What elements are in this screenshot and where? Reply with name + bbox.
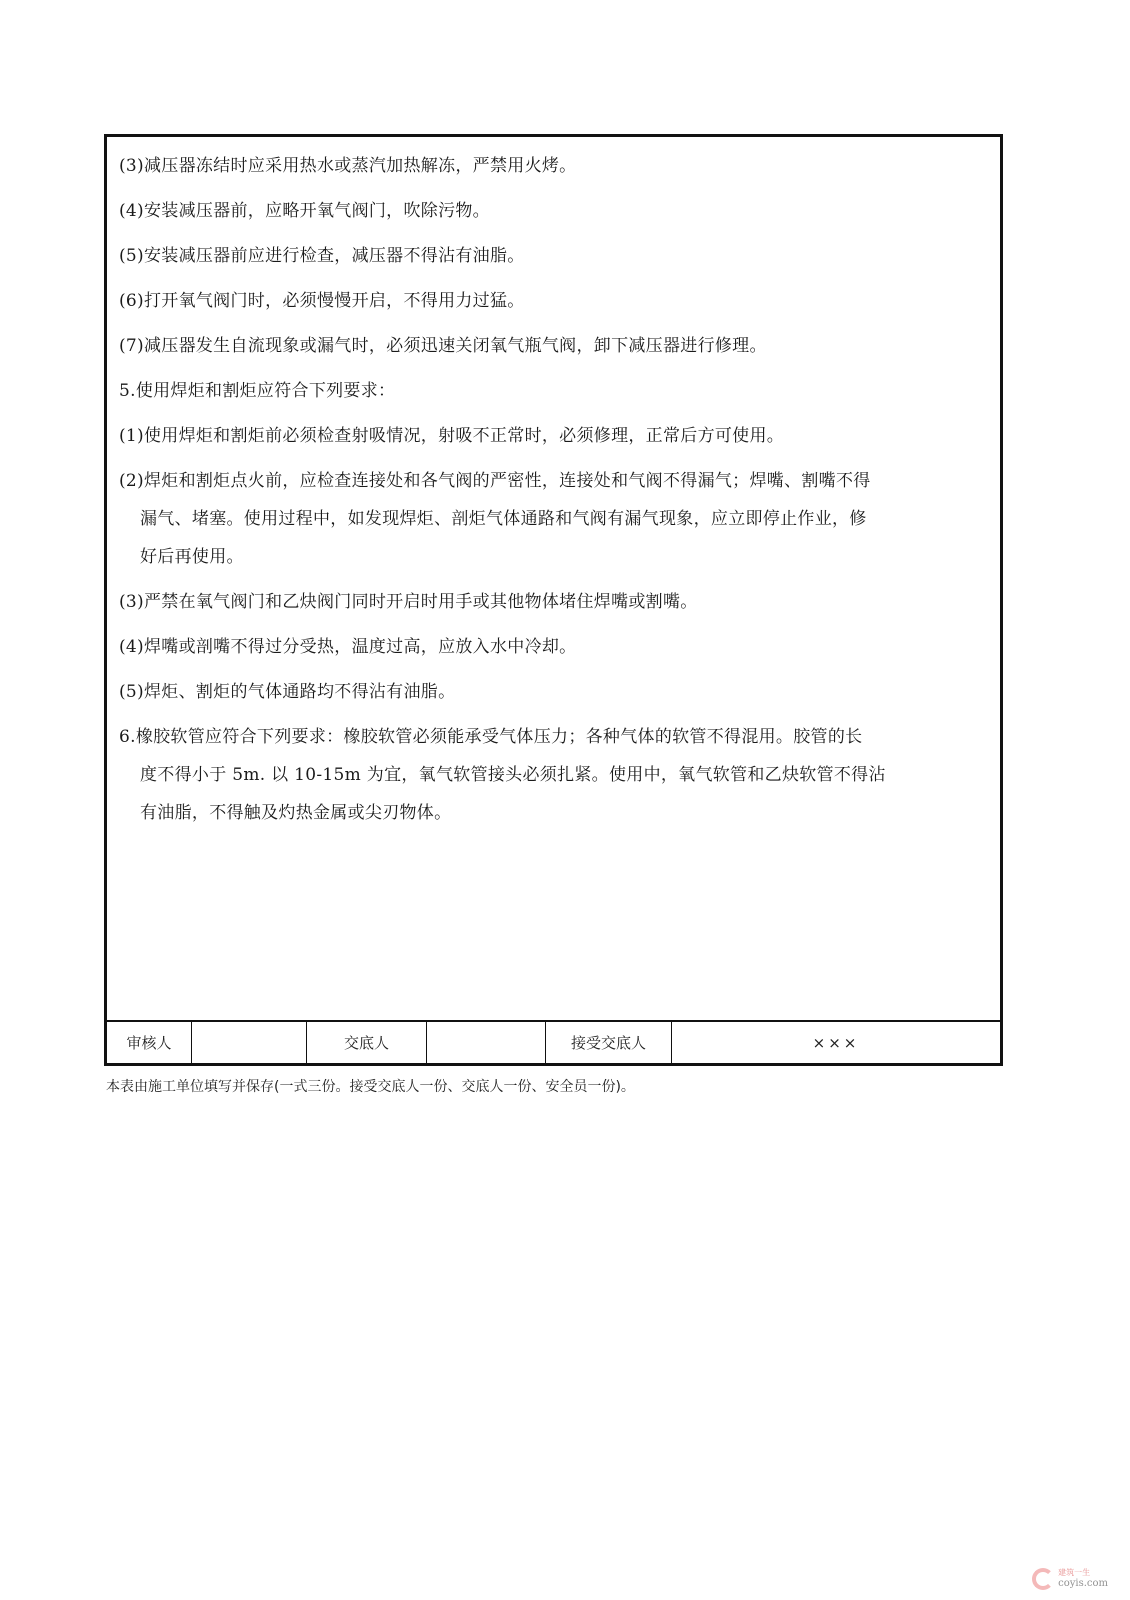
disclosure-form: (3)减压器冻结时应采用热水或蒸汽加热解冻，严禁用火烤。 (4)安装减压器前，应… <box>104 134 1003 1066</box>
item-3-thaw: (3)减压器冻结时应采用热水或蒸汽加热解冻，严禁用火烤。 <box>119 147 992 185</box>
watermark: 建筑一生 coyis.com <box>1032 1568 1108 1590</box>
section-6-line-1: 6.橡胶软管应符合下列要求：橡胶软管必须能承受气体压力；各种气体的软管不得混用。… <box>119 718 992 756</box>
section-5-item-3: (3)严禁在氧气阀门和乙炔阀门同时开启时用手或其他物体堵住焊嘴或割嘴。 <box>119 583 992 621</box>
section-5-item-2-line-2: 漏气、堵塞。使用过程中，如发现焊炬、剖炬气体通路和气阀有漏气现象，应立即停止作业… <box>119 500 992 538</box>
section-5-item-5: (5)焊炬、割炬的气体通路均不得沾有油脂。 <box>119 673 992 711</box>
discloser-label: 交底人 <box>307 1022 427 1063</box>
section-5-item-4: (4)焊嘴或剖嘴不得过分受热，温度过高，应放入水中冷却。 <box>119 628 992 666</box>
reviewer-label: 审核人 <box>107 1022 192 1063</box>
watermark-text: 建筑一生 coyis.com <box>1058 1569 1108 1589</box>
signature-row: 审核人 交底人 接受交底人 ××× <box>107 1020 1000 1063</box>
section-5-item-1: (1)使用焊炬和割炬前必须检查射吸情况，射吸不正常时，必须修理，正常后方可使用。 <box>119 417 992 455</box>
discloser-field[interactable] <box>427 1022 546 1063</box>
item-7-leak: (7)减压器发生自流现象或漏气时，必须迅速关闭氧气瓶气阀，卸下减压器进行修理。 <box>119 327 992 365</box>
watermark-en: coyis.com <box>1058 1578 1108 1589</box>
receiver-label: 接受交底人 <box>546 1022 672 1063</box>
section-6-line-3: 有油脂，不得触及灼热金属或尖刃物体。 <box>119 794 992 832</box>
item-5-inspect: (5)安装减压器前应进行检查，减压器不得沾有油脂。 <box>119 237 992 275</box>
section-5-item-2: (2)焊炬和割炬点火前，应检查连接处和各气阀的严密性，连接处和气阀不得漏气；焊嘴… <box>119 462 992 576</box>
section-6: 6.橡胶软管应符合下列要求：橡胶软管必须能承受气体压力；各种气体的软管不得混用。… <box>119 718 992 832</box>
form-body: (3)减压器冻结时应采用热水或蒸汽加热解冻，严禁用火烤。 (4)安装减压器前，应… <box>107 137 1000 1026</box>
section-6-line-2: 度不得小于 5m. 以 10-15m 为宜，氧气软管接头必须扎紧。使用中，氧气软… <box>119 756 992 794</box>
form-footnote: 本表由施工单位填写并保存(一式三份。接受交底人一份、交底人一份、安全员一份)。 <box>106 1076 635 1096</box>
section-5-item-2-line-1: (2)焊炬和割炬点火前，应检查连接处和各气阀的严密性，连接处和气阀不得漏气；焊嘴… <box>119 462 992 500</box>
reviewer-field[interactable] <box>192 1022 307 1063</box>
section-5-heading: 5.使用焊炬和割炬应符合下列要求： <box>119 372 992 410</box>
receiver-field[interactable]: ××× <box>672 1022 1000 1063</box>
item-6-open-valve: (6)打开氧气阀门时，必须慢慢开启，不得用力过猛。 <box>119 282 992 320</box>
coyis-logo-icon <box>1032 1568 1054 1590</box>
item-4-install: (4)安装减压器前，应略开氧气阀门，吹除污物。 <box>119 192 992 230</box>
section-5-item-2-line-3: 好后再使用。 <box>119 538 992 576</box>
watermark-cn: 建筑一生 <box>1058 1569 1108 1578</box>
